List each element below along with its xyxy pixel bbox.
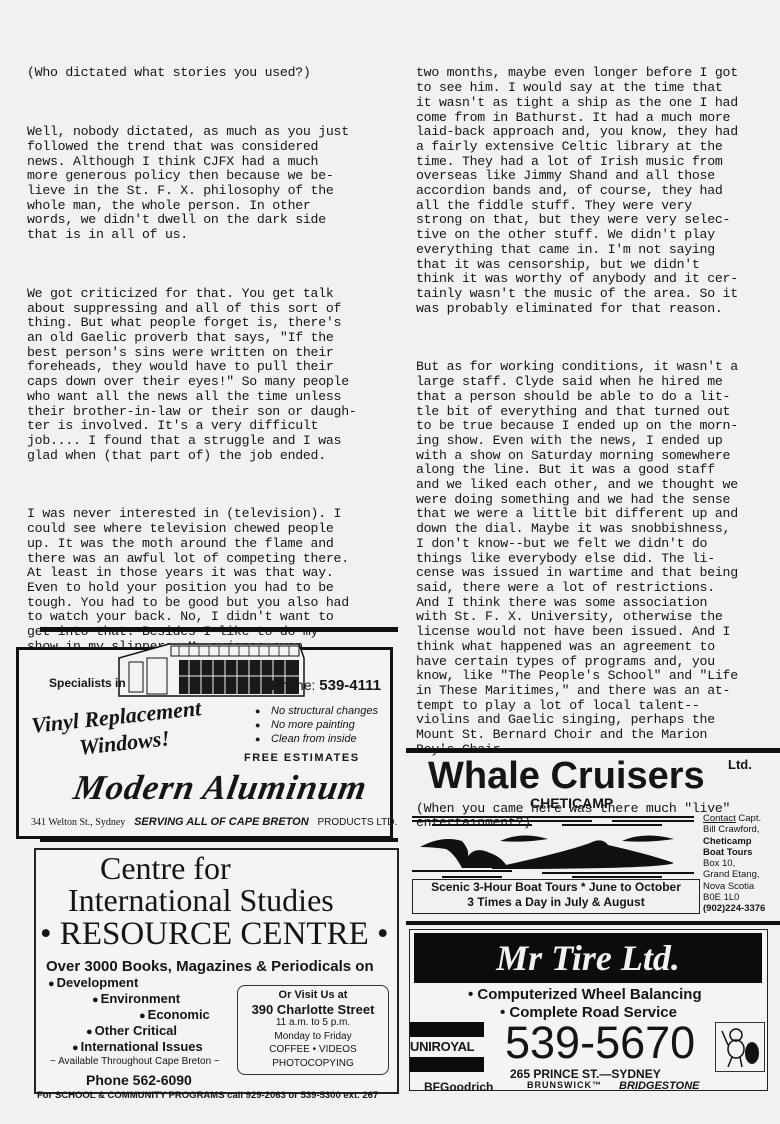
brand-logo: Modern Aluminum [70, 768, 370, 808]
contact-info: Contact Capt. Bill Crawford, Cheticamp B… [703, 813, 765, 915]
phone-number: Phone: 539-4111 [271, 677, 381, 694]
visit-info-box: Or Visit Us at 390 Charlotte Street 11 a… [237, 985, 389, 1075]
topic-item: Other Critical [86, 1023, 177, 1038]
contact-name: Bill Crawford, [703, 824, 765, 835]
divider-rule [406, 921, 780, 925]
ad-footer: 341 Welton St., Sydney SERVING ALL OF CA… [31, 816, 397, 828]
interview-question: (Who dictated what stories you used?) [27, 66, 357, 81]
feature-list: No structural changes No more painting C… [255, 705, 378, 747]
ad-title: • RESOURCE CENTRE • [40, 916, 389, 953]
visit-amenities: COFFEE • VIDEOS [238, 1043, 388, 1057]
visit-hours: 11 a.m. to 5 p.m. [238, 1016, 388, 1030]
address-line: Nova Scotia [703, 881, 765, 892]
feature-item: No structural changes [255, 705, 378, 719]
phone-value: 539-4111 [319, 677, 381, 694]
specialists-label: Specialists in [49, 676, 126, 690]
ad-subtitle: Over 3000 Books, Magazines & Periodicals… [46, 958, 374, 975]
address-line: B0E 1L0 [703, 892, 765, 903]
ad-footer: For SCHOOL & COMMUNITY PROGRAMS call 929… [37, 1090, 378, 1101]
topic-item: Environment [92, 991, 180, 1006]
ad-whale-cruisers: Whale Cruisers Ltd. CHETICAMP Contact Ca… [408, 755, 780, 917]
phone-number: Phone 562-6090 [86, 1072, 192, 1088]
ad-title: Whale Cruisers [428, 755, 705, 798]
company-name: Cheticamp [703, 836, 765, 847]
service-area: SERVING ALL OF CAPE BRETON [134, 816, 309, 828]
article-right-column: two months, maybe even longer before I g… [416, 37, 738, 860]
visit-days: Monday to Friday [238, 1030, 388, 1044]
bridgestone-logo: BRIDGESTONE [619, 1080, 699, 1092]
uniroyal-logo: UNIROYAL [410, 1022, 484, 1072]
topic-item-continued: International Issues [72, 1039, 203, 1054]
visit-address: 390 Charlotte Street [238, 1003, 388, 1017]
visit-amenities: PHOTOCOPYING [238, 1057, 388, 1071]
whale-illustration-icon [412, 813, 694, 879]
article-paragraph: Well, nobody dictated, as much as you ju… [27, 125, 357, 243]
address: 265 PRINCE ST.—SYDNEY [510, 1067, 661, 1081]
contact-label: Contact [703, 813, 736, 824]
ad-title-suffix: Ltd. [728, 757, 752, 772]
phone-number: 539-5670 [505, 1020, 695, 1065]
bfgoodrich-logo: BFGoodrich [424, 1080, 493, 1094]
tire-mascot-icon [715, 1022, 765, 1072]
article-paragraph: two months, maybe even longer before I g… [416, 66, 738, 316]
article-paragraph: But as for working conditions, it wasn't… [416, 360, 738, 757]
ad-location: CHETICAMP [530, 795, 613, 811]
article-paragraph: I was never interested in (television). … [27, 507, 357, 654]
contact-title: Capt. [738, 813, 761, 824]
divider-rule [40, 627, 398, 632]
phone-number: (902)224-3376 [703, 903, 765, 914]
address-line: Grand Etang, [703, 869, 765, 880]
tour-schedule: Scenic 3-Hour Boat Tours * June to Octob… [413, 880, 699, 895]
address: 341 Welton St., Sydney [31, 817, 125, 828]
visit-heading: Or Visit Us at [238, 989, 388, 1003]
tour-frequency: 3 Times a Day in July & August [413, 895, 699, 910]
company-name: Boat Tours [703, 847, 765, 858]
ad-mr-tire: Mr Tire Ltd. • Computerized Wheel Balanc… [409, 929, 768, 1091]
free-estimates-label: FREE ESTIMATES [244, 752, 360, 764]
address-line: Box 10, [703, 858, 765, 869]
ad-international-studies: Centre for International Studies • RESOU… [34, 848, 399, 1094]
service-item: • Computerized Wheel Balancing [468, 986, 702, 1003]
divider-rule [406, 748, 780, 753]
brunswick-logo: BRUNSWICK™ [527, 1080, 602, 1090]
topic-item: Economic [139, 1007, 210, 1022]
article-paragraph: We got criticized for that. You get talk… [27, 287, 357, 463]
ad-modern-aluminum: Specialists in Vinyl Replacement Windows… [16, 647, 393, 839]
availability-note: ~ Available Throughout Cape Breton ~ [50, 1056, 220, 1067]
ad-title: International Studies [68, 882, 334, 919]
feature-item: Clean from inside [255, 733, 378, 747]
phone-label: Phone: [271, 677, 315, 693]
tour-info-box: Scenic 3-Hour Boat Tours * June to Octob… [412, 879, 700, 914]
topic-item: Development [48, 975, 138, 990]
company-suffix: PRODUCTS LTD. [317, 817, 397, 828]
uniroyal-text: UNIROYAL [410, 1037, 484, 1057]
brand-logo: Mr Tire Ltd. [414, 933, 762, 983]
feature-item: No more painting [255, 719, 378, 733]
